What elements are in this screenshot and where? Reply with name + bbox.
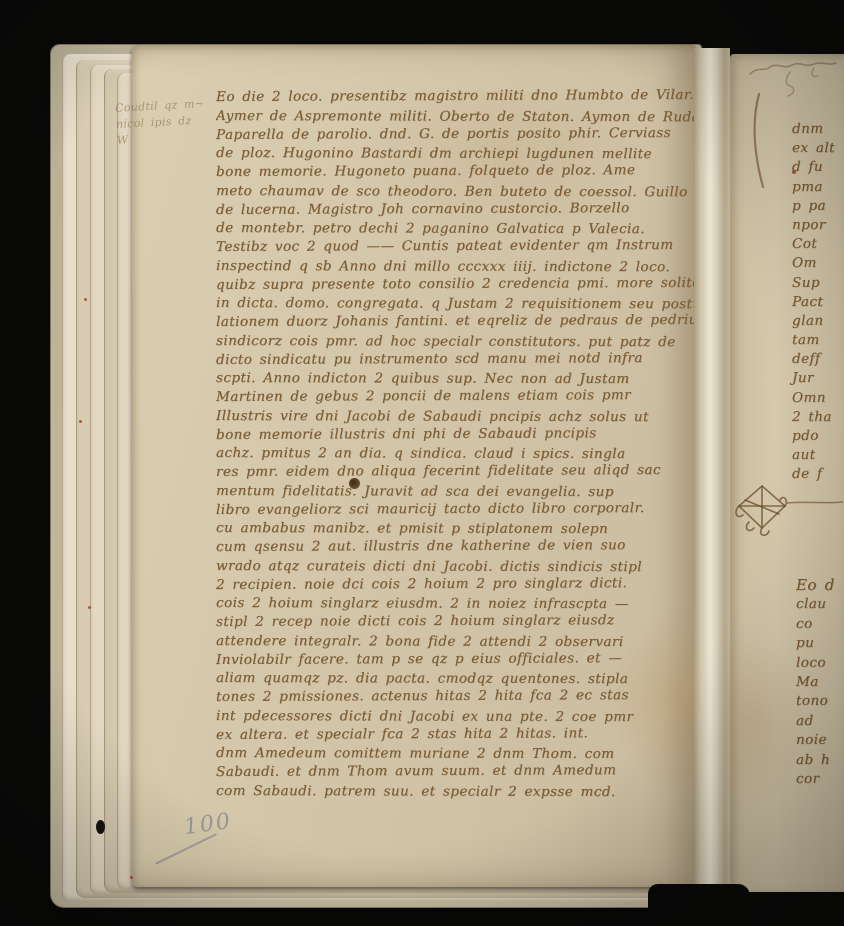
fragment-line: noie bbox=[796, 731, 844, 751]
fragment-line: Pact bbox=[792, 293, 844, 312]
red-speck bbox=[79, 420, 82, 423]
wormhole-mark bbox=[96, 820, 105, 834]
manuscript-text-line: tones 2 pmissiones. actenus hitas 2 hita… bbox=[216, 686, 728, 707]
manuscript-photo: Coudtil qz m~nicol ipis dzW Eo die 2 loc… bbox=[0, 0, 844, 926]
fragment-line: ab h bbox=[796, 751, 844, 771]
ink-blot bbox=[349, 478, 360, 489]
fragment-line: glan bbox=[792, 312, 844, 331]
fragment-line: de f bbox=[792, 465, 844, 484]
fragment-line: ad bbox=[796, 712, 844, 732]
fragment-line: deff bbox=[792, 350, 844, 369]
fragment-line: Omn bbox=[792, 388, 844, 407]
manuscript-text-line: lationem duorz Johanis fantini. et eqrel… bbox=[216, 311, 728, 332]
manuscript-text-line: 2 recipien. noie dci cois 2 hoium 2 pro … bbox=[216, 573, 728, 594]
fragment-line: tam bbox=[792, 331, 844, 350]
fragment-line: npor bbox=[792, 216, 844, 235]
fragment-line: tono bbox=[796, 692, 844, 712]
fragment-line: dnm bbox=[792, 120, 844, 139]
fragment-line: 2 tha bbox=[792, 408, 844, 427]
margin-annotation: Coudtil qz m~nicol ipis dzW bbox=[115, 95, 227, 149]
manuscript-text-line: Sabaudi. et dnm Thom avum suum. et dnm A… bbox=[216, 761, 728, 782]
notarial-sign-icon bbox=[735, 482, 789, 538]
manuscript-text-line: com Sabaudi. patrem suu. et specialr 2 e… bbox=[216, 782, 728, 802]
fragment-line: pu bbox=[796, 634, 844, 654]
manuscript-text-line: cum qsensu 2 aut. illustris dne katherin… bbox=[216, 536, 728, 557]
manuscript-text-line: bone memorie illustris dni phi de Sabaud… bbox=[216, 423, 728, 444]
manuscript-text-line: Paparella de parolio. dnd. G. de portis … bbox=[216, 123, 728, 144]
fragment-line: Cot bbox=[792, 235, 844, 254]
fragment-line: loco bbox=[796, 653, 844, 673]
manuscript-text-line: Martinen de gebus 2 poncii de malens eti… bbox=[216, 386, 728, 407]
fragment-line: co bbox=[796, 615, 844, 635]
fragment-line: Sup bbox=[792, 273, 844, 292]
manuscript-text-line: dicto sindicatu pu instrumento scd manu … bbox=[216, 348, 728, 369]
fragment-line: Ma bbox=[796, 673, 844, 693]
fragment-line: cor bbox=[796, 770, 844, 790]
fragment-line: Eo d bbox=[796, 576, 844, 596]
manuscript-text-line: ex altera. et specialr fca 2 stas hita 2… bbox=[216, 723, 728, 744]
fragment-line: p pa bbox=[792, 196, 844, 215]
red-speck bbox=[84, 298, 87, 301]
facing-page-text-fragments-top: dnmex altd fupmap panporCotOmSupPactglan… bbox=[792, 120, 844, 485]
gutter-fold bbox=[694, 48, 730, 890]
fragment-line: clau bbox=[796, 595, 844, 615]
pen-stroke-icon bbox=[750, 92, 768, 190]
manuscript-text-block: Eo die 2 loco. presentibz magistro milit… bbox=[216, 88, 728, 804]
fragment-line: Jur bbox=[792, 369, 844, 388]
facing-page-text-fragments-bottom: Eo dclaucopulocoMatonoadnoieab hcor bbox=[796, 576, 844, 789]
notarial-sign-tail-stroke bbox=[786, 498, 844, 508]
manuscript-text-line: libro evangeliorz sci mauricij tacto dic… bbox=[216, 498, 728, 519]
manuscript-text-line: de lucerna. Magistro Joh cornavino custo… bbox=[216, 198, 728, 219]
fragment-line: Om bbox=[792, 254, 844, 273]
background-notch-between-pages bbox=[648, 884, 750, 926]
fragment-line: aut bbox=[792, 446, 844, 465]
red-speck bbox=[88, 606, 91, 609]
manuscript-text-line: quibz supra presente toto consilio 2 cre… bbox=[216, 273, 728, 294]
fragment-line: d fu bbox=[792, 158, 844, 177]
red-speck bbox=[792, 170, 796, 174]
manuscript-text-line: Testibz voc 2 quod —— Cuntis pateat evid… bbox=[216, 236, 728, 257]
manuscript-text-line: bone memorie. Hugoneto puana. folqueto d… bbox=[216, 161, 728, 182]
fragment-line: ex alt bbox=[792, 139, 844, 158]
fragment-line: pma bbox=[792, 178, 844, 197]
manuscript-text-line: Inviolabilr facere. tam p se qz p eius o… bbox=[216, 648, 728, 669]
fragment-line: pdo bbox=[792, 427, 844, 446]
manuscript-text-line: stipl 2 recep noie dicti cois 2 hoium si… bbox=[216, 611, 728, 632]
manuscript-text-line: Eo die 2 loco. presentibz magistro milit… bbox=[216, 88, 728, 107]
manuscript-text-line: res pmr. eidem dno aliqua fecerint fidel… bbox=[216, 461, 728, 482]
red-speck bbox=[130, 876, 133, 879]
